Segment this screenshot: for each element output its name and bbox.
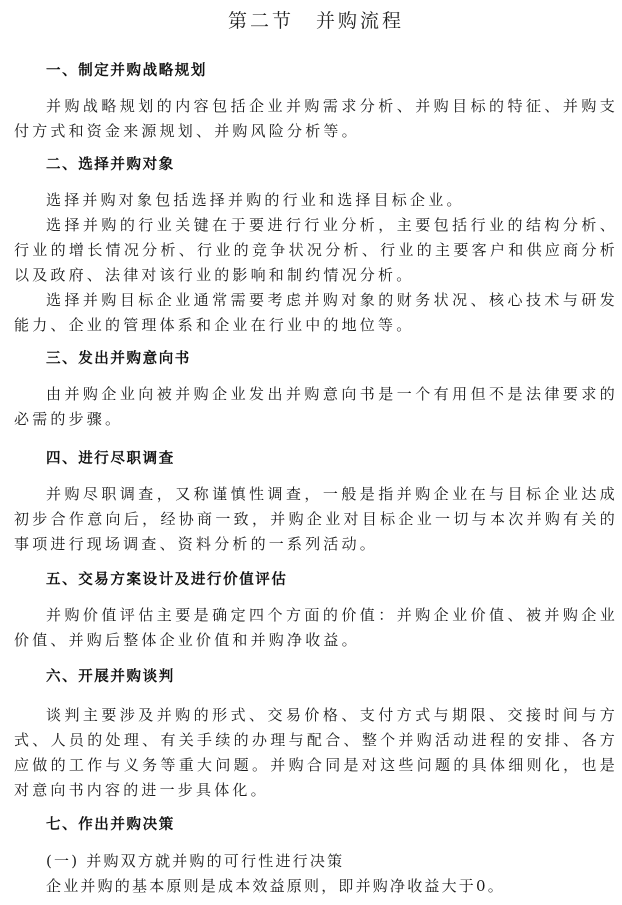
paragraph: 选择并购目标企业通常需要考虑并购对象的财务状况、核心技术与研发能力、企业的管理体… bbox=[14, 288, 618, 338]
paragraph: 由并购企业向被并购企业发出并购意向书是一个有用但不是法律要求的必需的步骤。 bbox=[14, 382, 618, 432]
section-heading-1: 一、制定并购战略规划 bbox=[46, 60, 207, 82]
section-name: 并购流程 bbox=[316, 10, 404, 32]
subheading: (一) 并购双方就并购的可行性进行决策 bbox=[14, 849, 618, 874]
section-heading-4: 四、进行尽职调查 bbox=[46, 448, 175, 470]
section-heading-6: 六、开展并购谈判 bbox=[46, 666, 175, 688]
section-number: 第二节 bbox=[228, 10, 294, 32]
page-title: 第二节并购流程 bbox=[14, 8, 618, 34]
paragraph: 并购战略规划的内容包括企业并购需求分析、并购目标的特征、并购支付方式和资金来源规… bbox=[14, 94, 618, 144]
section-heading-3: 三、发出并购意向书 bbox=[46, 348, 191, 370]
paragraph: 企业并购的基本原则是成本效益原则，即并购净收益大于0。 bbox=[14, 874, 618, 899]
section-heading-2: 二、选择并购对象 bbox=[46, 154, 175, 176]
paragraph: 谈判主要涉及并购的形式、交易价格、支付方式与期限、交接时间与方式、人员的处理、有… bbox=[14, 703, 618, 803]
section-heading-7: 七、作出并购决策 bbox=[46, 814, 175, 836]
paragraph: 并购尽职调查，又称谨慎性调查，一般是指并购企业在与目标企业达成初步合作意向后，经… bbox=[14, 482, 618, 557]
paragraph: 并购价值评估主要是确定四个方面的价值：并购企业价值、被并购企业价值、并购后整体企… bbox=[14, 603, 618, 653]
paragraph: 选择并购的行业关键在于要进行行业分析，主要包括行业的结构分析、行业的增长情况分析… bbox=[14, 213, 618, 288]
paragraph: 选择并购对象包括选择并购的行业和选择目标企业。 bbox=[14, 188, 618, 213]
section-heading-5: 五、交易方案设计及进行价值评估 bbox=[46, 569, 288, 591]
